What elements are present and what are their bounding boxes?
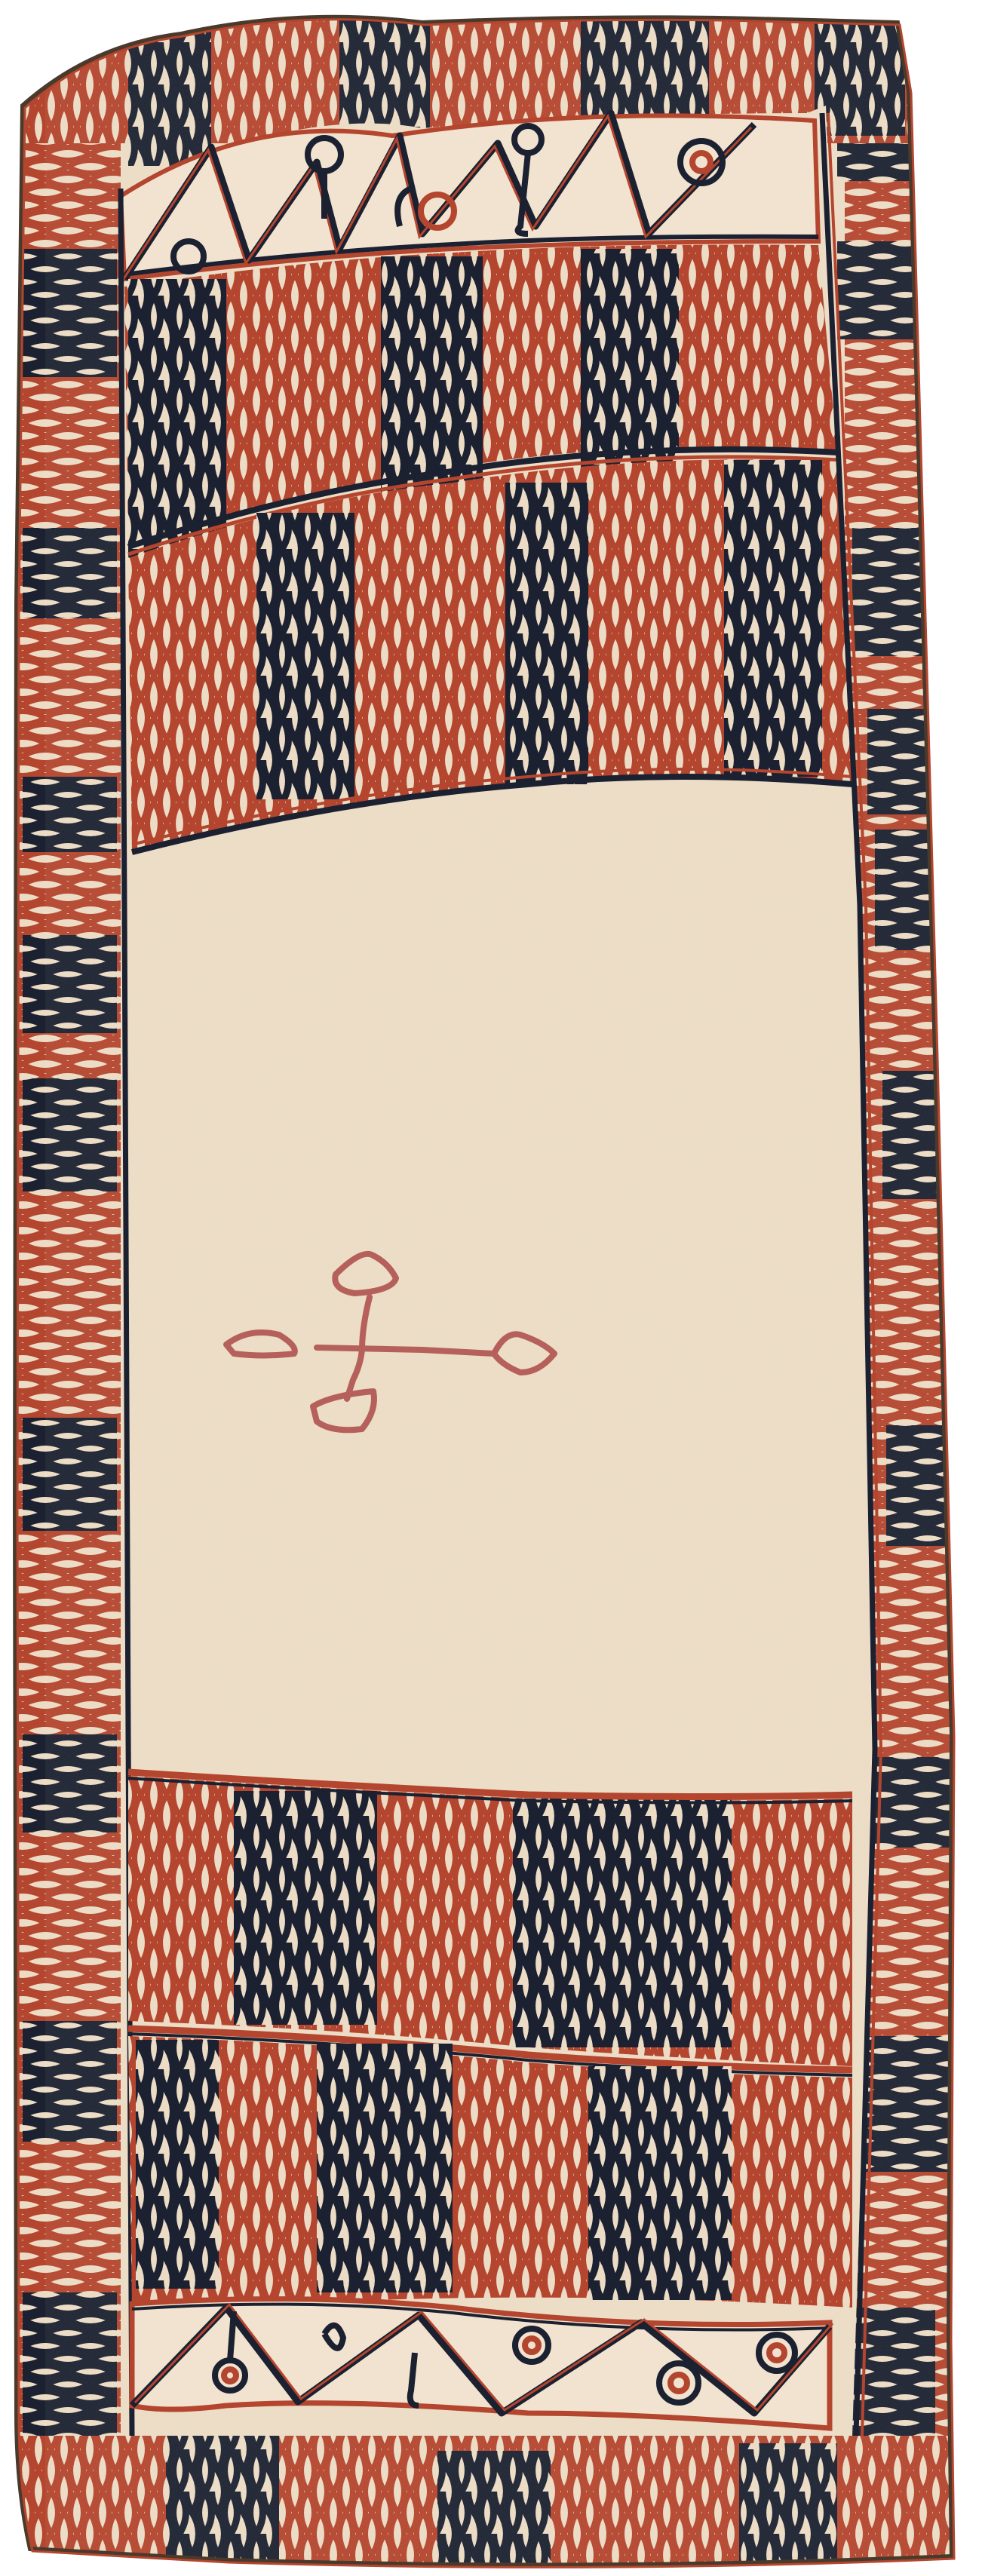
bottom-lattice-lower (128, 2036, 852, 2308)
left-border (15, 0, 121, 2576)
textile-panel (0, 0, 982, 2576)
textile-photo (0, 0, 982, 2576)
textile-canvas (0, 0, 982, 2576)
